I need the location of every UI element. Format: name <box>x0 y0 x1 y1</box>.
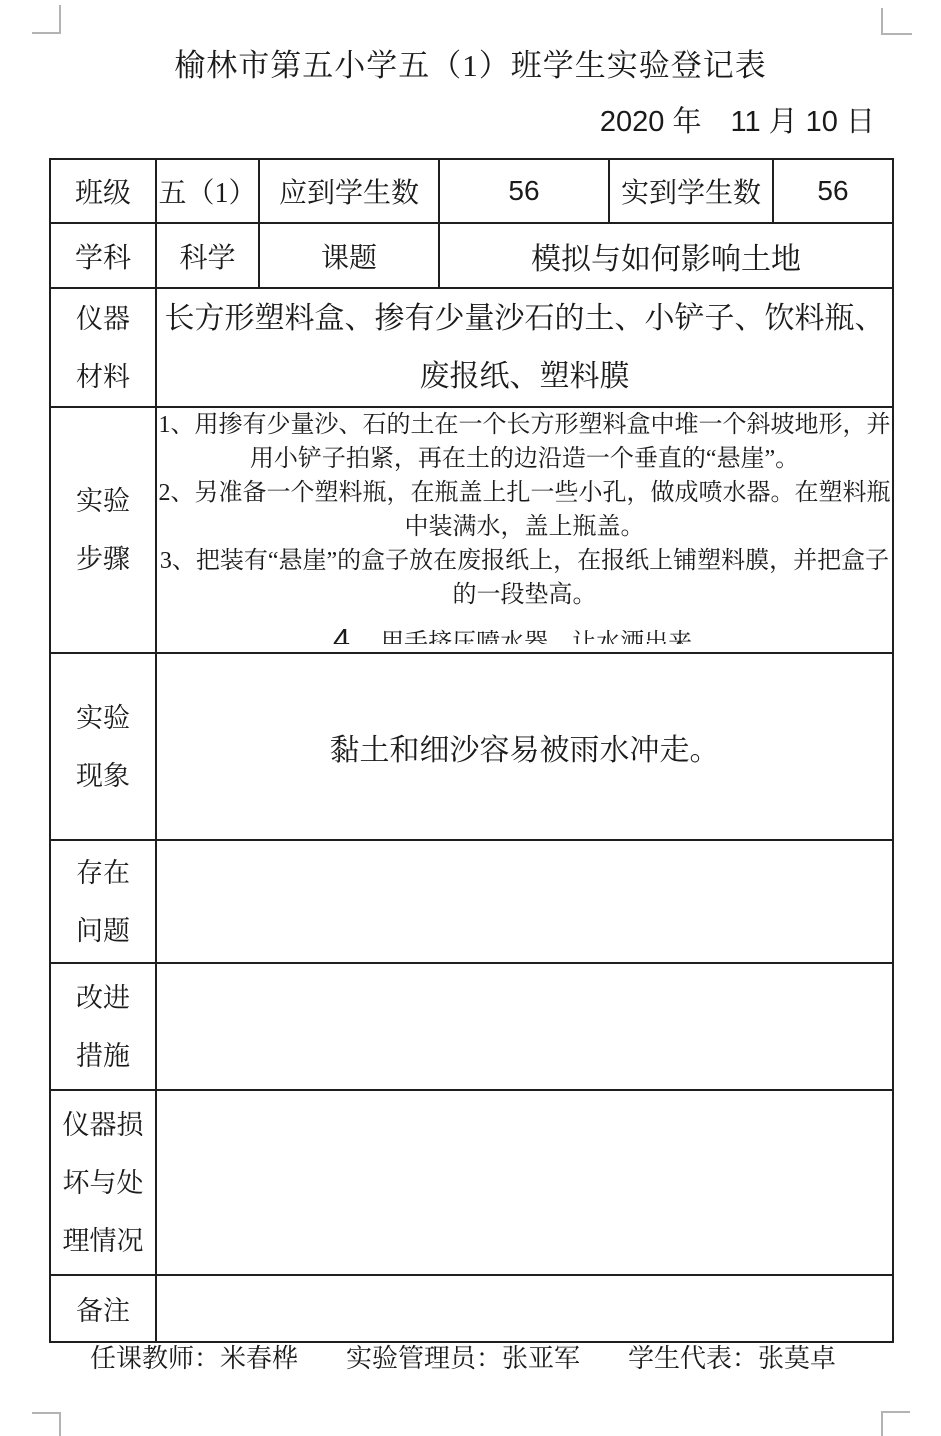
step-3: 3、把装有“悬崖”的盒子放在废报纸上，在报纸上铺塑料膜，并把盒子的一段垫高。 <box>157 544 892 612</box>
step-4: 4、 用手挤压喷水器，让水洒出来。 <box>157 620 892 644</box>
materials-content-cell: 长方形塑料盒、掺有少量沙石的土、小铲子、饮料瓶、废报纸、塑料膜 <box>156 288 893 407</box>
teacher-signature: 任课教师：米春桦 <box>90 1342 298 1376</box>
improvements-label-cell: 改进 措施 <box>50 963 156 1090</box>
materials-label-cell: 仪器 材料 <box>50 288 156 407</box>
phenomenon-text: 黏土和细沙容易被雨水冲走。 <box>157 725 892 769</box>
lab-manager-signature: 实验管理员：张亚军 <box>346 1342 580 1376</box>
class-label-cell: 班级 <box>50 159 156 223</box>
subject-value-cell: 科学 <box>156 223 259 288</box>
damage-label-cell: 仪器损 坏与处 理情况 <box>50 1090 156 1275</box>
problems-content-cell <box>156 840 893 963</box>
table-row-problems: 存在 问题 <box>50 840 893 963</box>
damage-content-cell <box>156 1090 893 1275</box>
materials-text: 长方形塑料盒、掺有少量沙石的土、小铲子、饮料瓶、废报纸、塑料膜 <box>157 290 892 406</box>
subject-label-cell: 学科 <box>50 223 156 288</box>
document-date: 2020 年 11 月 10 日 <box>0 102 941 142</box>
step-1: 1、用掺有少量沙、石的土在一个长方形塑料盒中堆一个斜坡地形，并用小铲子拍紧，再在… <box>157 408 892 476</box>
steps-text: 1、用掺有少量沙、石的土在一个长方形塑料盒中堆一个斜坡地形，并用小铲子拍紧，再在… <box>157 408 892 644</box>
table-row-equipment-damage: 仪器损 坏与处 理情况 <box>50 1090 893 1275</box>
damage-label: 仪器损 坏与处 理情况 <box>51 1096 155 1270</box>
step-4-text: 、 用手挤压喷水器，让水洒出来。 <box>350 630 716 644</box>
crop-mark-bottom-left-icon <box>32 1412 61 1436</box>
remarks-content-cell <box>156 1275 893 1342</box>
crop-mark-top-left-icon <box>32 5 61 34</box>
steps-label: 实验 步骤 <box>51 472 155 588</box>
table-row-remarks: 备注 <box>50 1275 893 1342</box>
step-4-number: 4 <box>333 622 350 644</box>
topic-value-cell: 模拟与如何影响土地 <box>439 223 893 288</box>
problems-label-cell: 存在 问题 <box>50 840 156 963</box>
table-row-subject: 学科 科学 课题 模拟与如何影响土地 <box>50 223 893 288</box>
page-title: 榆林市第五小学五（1）班学生实验登记表 <box>0 0 941 86</box>
remarks-label-cell: 备注 <box>50 1275 156 1342</box>
expected-students-value-cell: 56 <box>439 159 609 223</box>
student-rep-signature: 学生代表：张莫卓 <box>628 1342 836 1376</box>
improvements-label: 改进 措施 <box>51 969 155 1085</box>
signature-line: 任课教师：米春桦 实验管理员：张亚军 学生代表：张莫卓 <box>90 1342 836 1376</box>
steps-content-cell: 1、用掺有少量沙、石的土在一个长方形塑料盒中堆一个斜坡地形，并用小铲子拍紧，再在… <box>156 407 893 653</box>
problems-label: 存在 问题 <box>51 844 155 960</box>
crop-mark-top-right-icon <box>881 8 912 35</box>
phenomenon-label: 实验 现象 <box>51 689 155 805</box>
expected-students-label-cell: 应到学生数 <box>259 159 439 223</box>
phenomenon-label-cell: 实验 现象 <box>50 653 156 840</box>
materials-label: 仪器 材料 <box>51 290 155 406</box>
topic-text: 模拟与如何影响土地 <box>531 243 801 276</box>
step-2: 2、另准备一个塑料瓶，在瓶盖上扎一些小孔，做成喷水器。在塑料瓶中装满水，盖上瓶盖… <box>157 476 892 544</box>
document-page: 榆林市第五小学五（1）班学生实验登记表 2020 年 11 月 10 日 班级 … <box>0 0 941 1436</box>
table-row-steps: 实验 步骤 1、用掺有少量沙、石的土在一个长方形塑料盒中堆一个斜坡地形，并用小铲… <box>50 407 893 653</box>
table-row-materials: 仪器 材料 长方形塑料盒、掺有少量沙石的土、小铲子、饮料瓶、废报纸、塑料膜 <box>50 288 893 407</box>
improvements-content-cell <box>156 963 893 1090</box>
steps-label-cell: 实验 步骤 <box>50 407 156 653</box>
experiment-registration-table: 班级 五（1） 应到学生数 56 实到学生数 56 学科 科学 课题 模拟与如何… <box>49 158 894 1343</box>
phenomenon-content-cell: 黏土和细沙容易被雨水冲走。 <box>156 653 893 840</box>
table-row-class: 班级 五（1） 应到学生数 56 实到学生数 56 <box>50 159 893 223</box>
table-row-improvements: 改进 措施 <box>50 963 893 1090</box>
actual-students-value-cell: 56 <box>773 159 893 223</box>
class-value-cell: 五（1） <box>156 159 259 223</box>
topic-label-cell: 课题 <box>259 223 439 288</box>
table-row-phenomenon: 实验 现象 黏土和细沙容易被雨水冲走。 <box>50 653 893 840</box>
actual-students-label-cell: 实到学生数 <box>609 159 773 223</box>
crop-mark-bottom-right-icon <box>881 1411 910 1436</box>
